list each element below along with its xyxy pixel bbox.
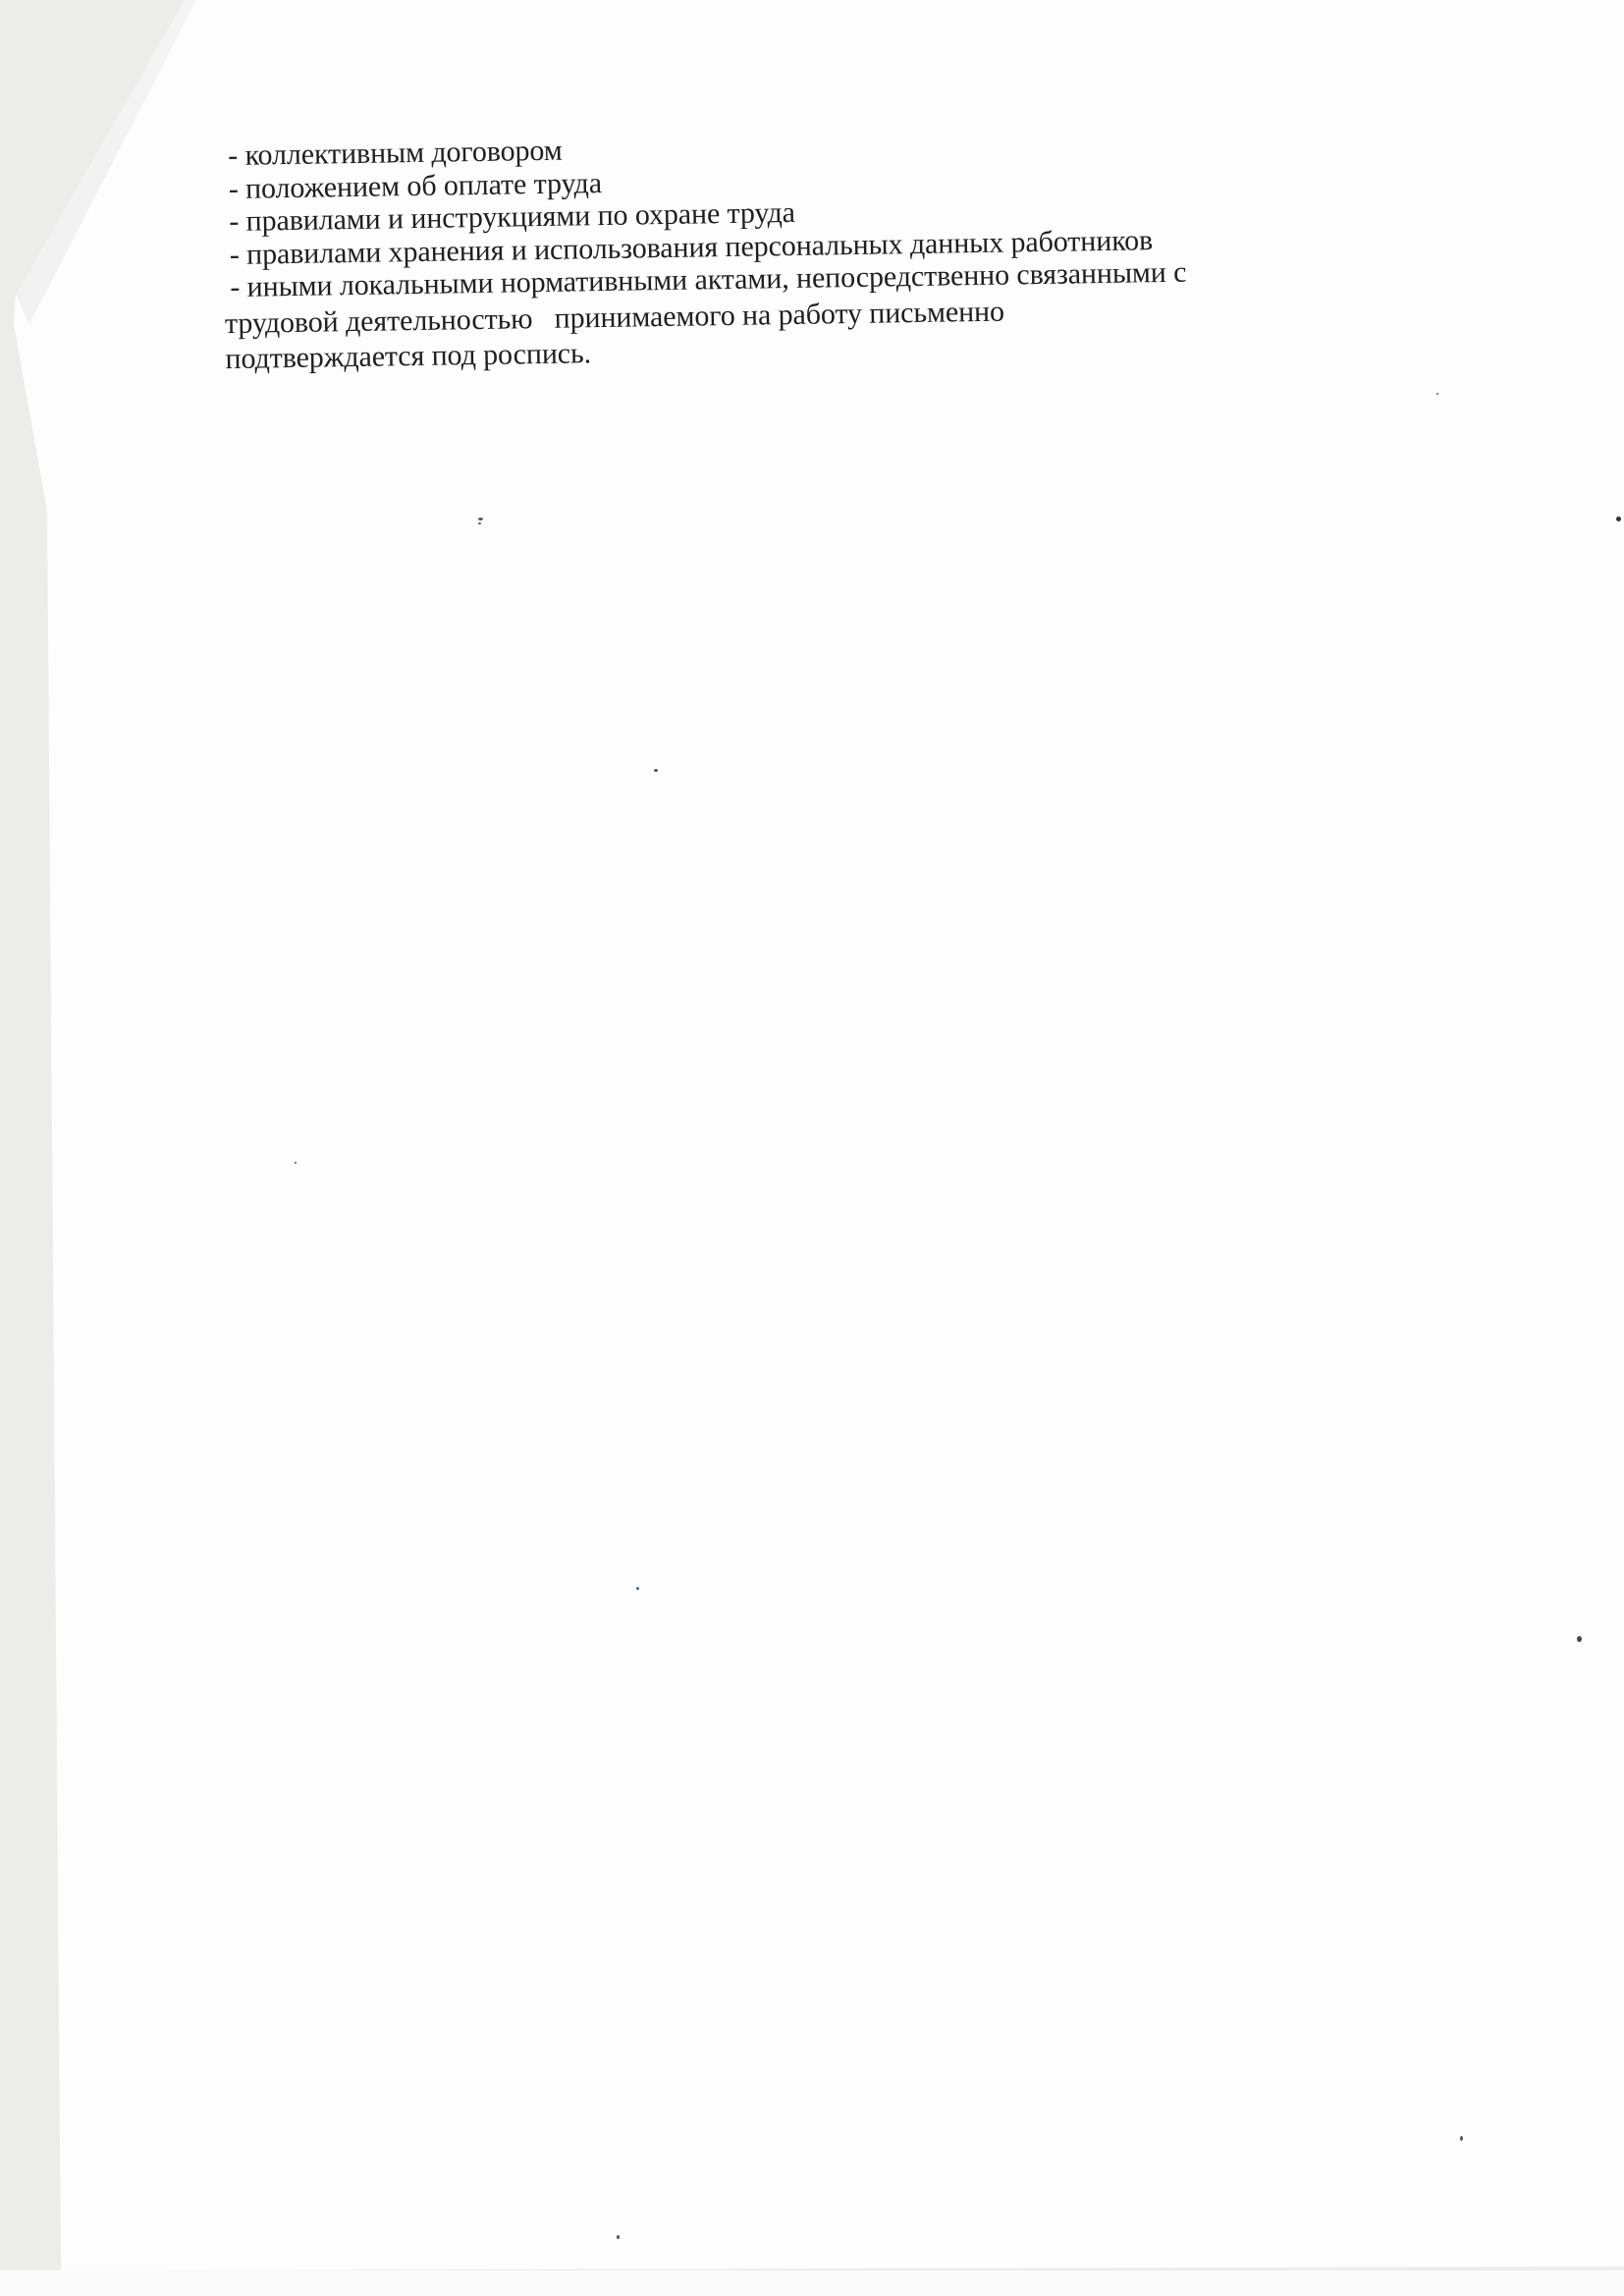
scan-speck <box>1436 393 1438 395</box>
scan-speck <box>1460 2136 1463 2141</box>
scan-speck <box>1577 1636 1582 1642</box>
scan-speck <box>1616 517 1621 521</box>
scan-speck <box>636 1587 639 1590</box>
scan-speck <box>478 522 481 524</box>
document-text: - коллективным договором - положением об… <box>228 119 1538 375</box>
scan-speck <box>295 1162 297 1164</box>
scan-speck <box>654 769 658 772</box>
scan-speck <box>478 518 483 520</box>
page-bottom-edge <box>0 2270 1624 2296</box>
scan-speck <box>617 2235 620 2239</box>
